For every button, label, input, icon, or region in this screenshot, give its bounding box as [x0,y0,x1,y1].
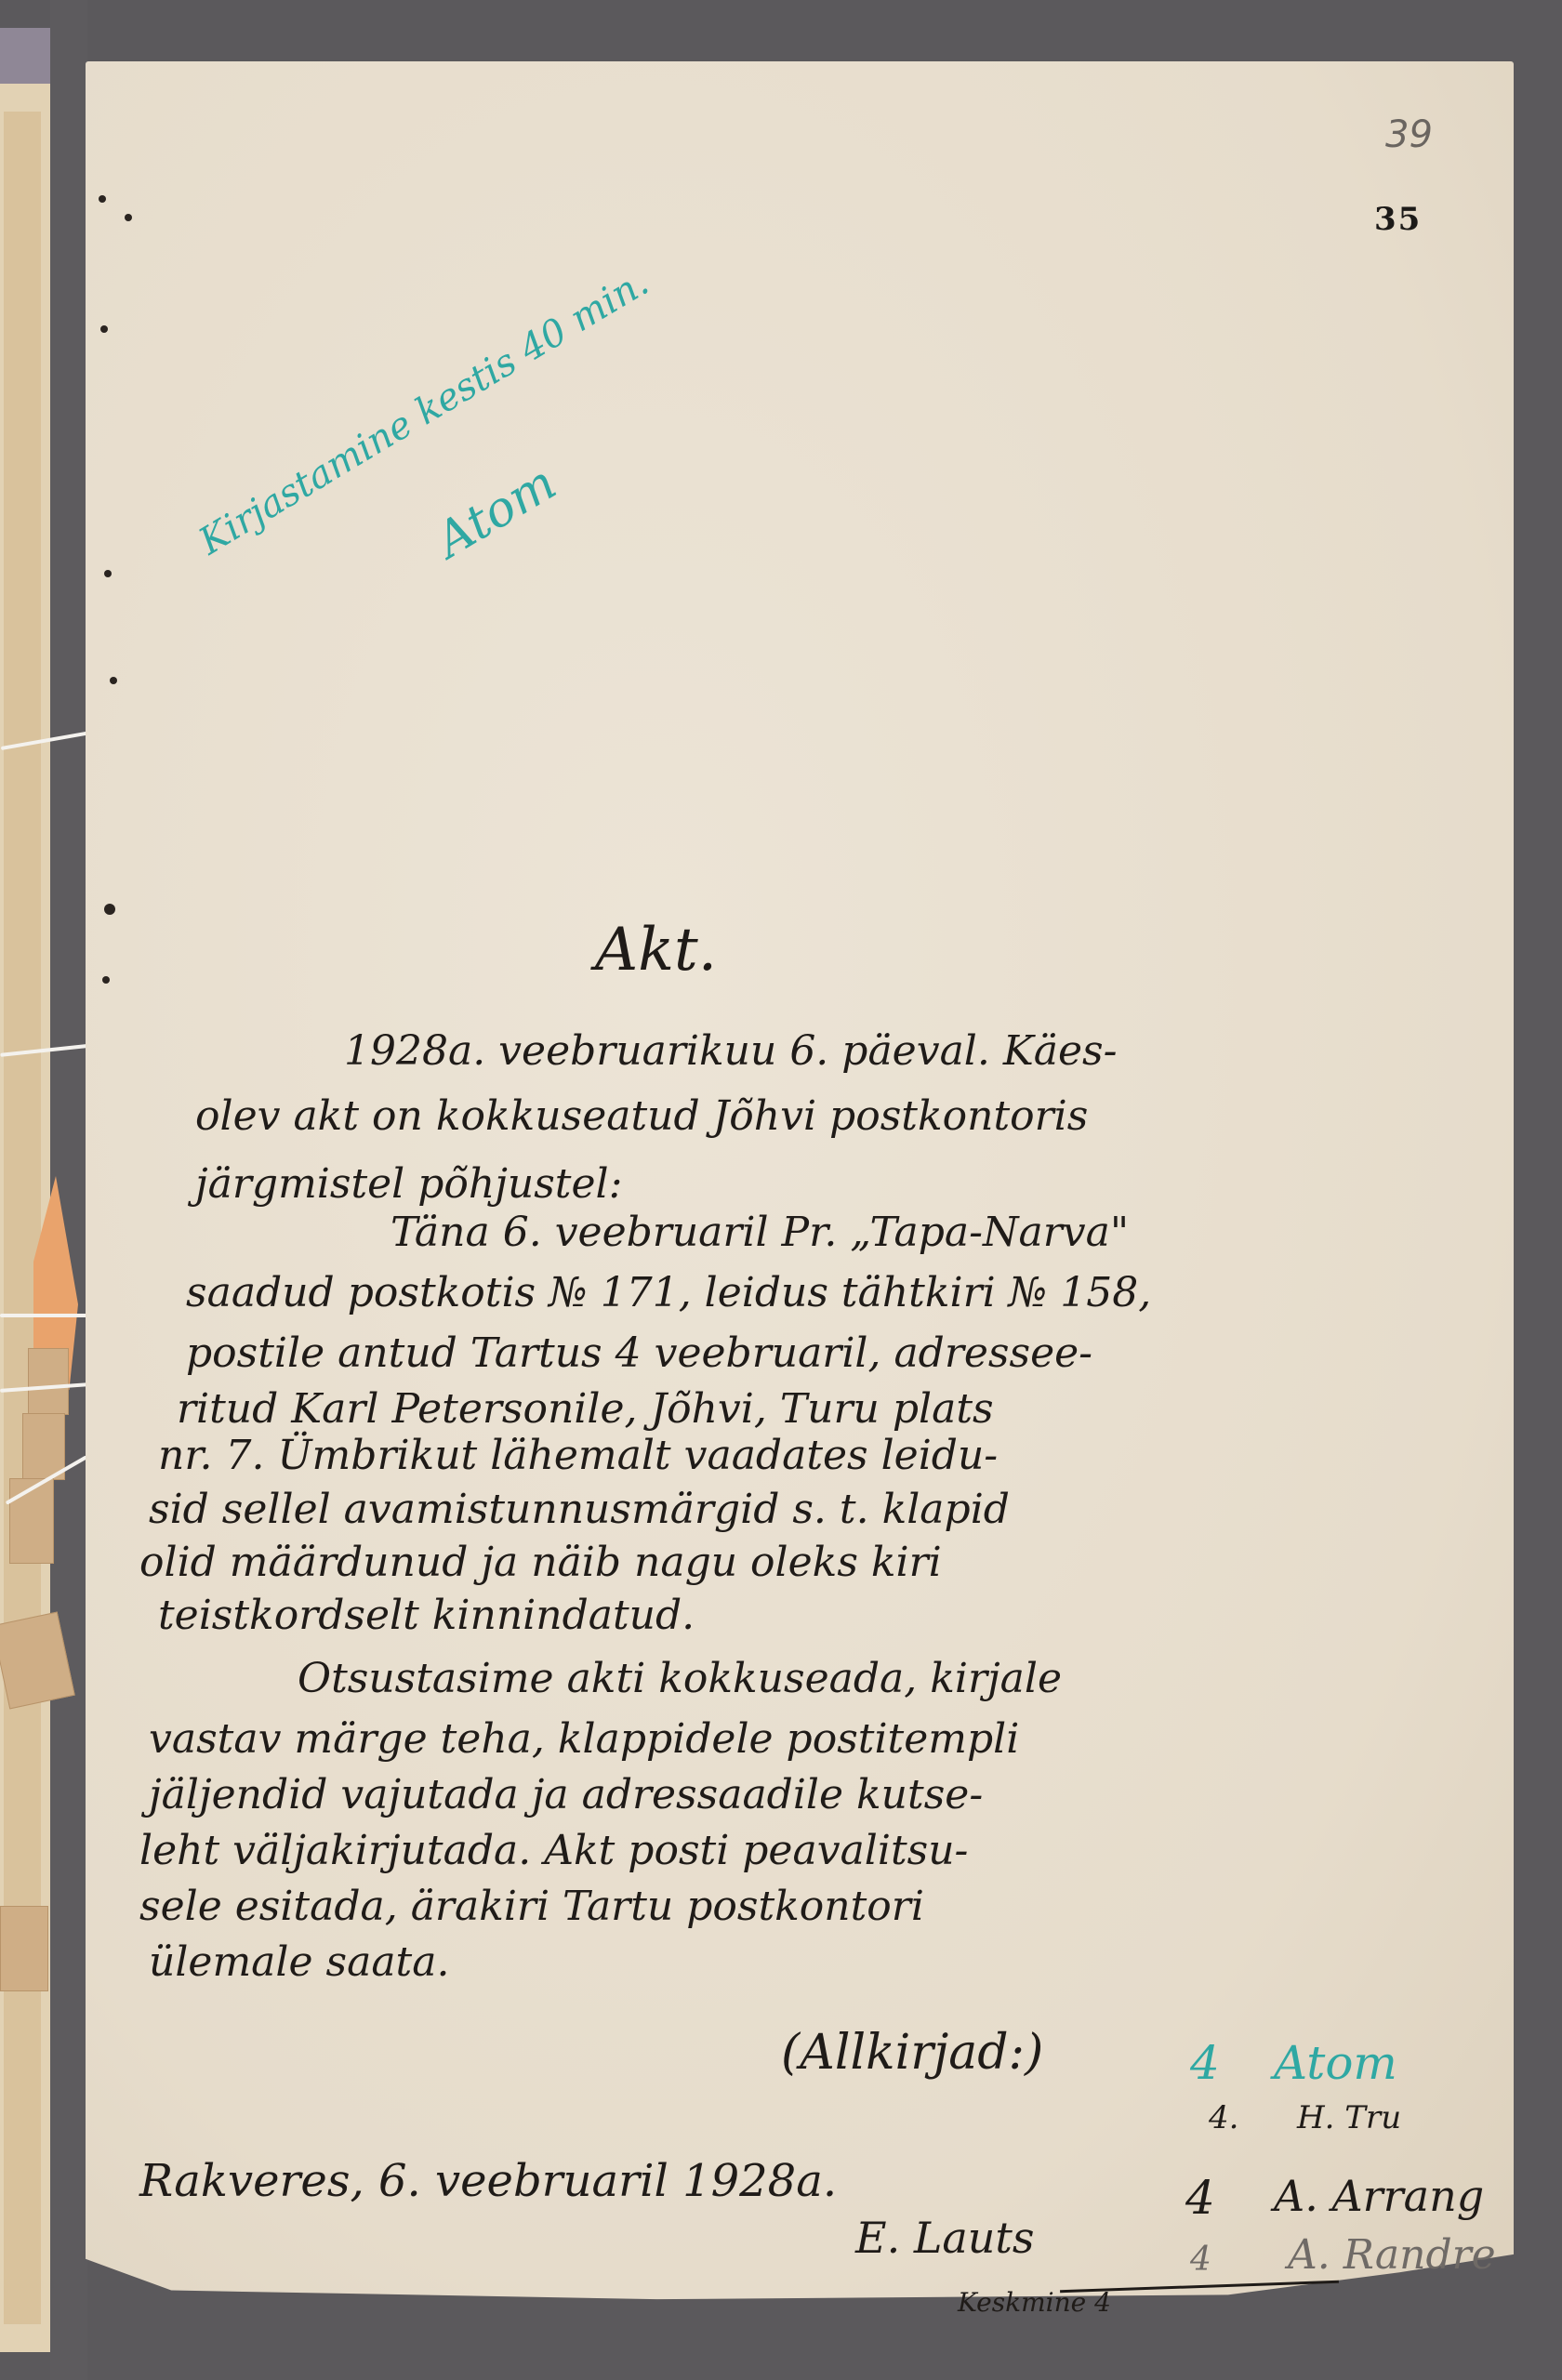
footer-note: Keskmine 4 [958,2287,1111,2318]
punch-hole [99,195,106,203]
paper-tab [28,1348,69,1415]
body-line: ülemale saata. [149,1938,449,1986]
body-line: nr. 7. Ümbrikut lähemalt vaadates leidu- [158,1432,998,1479]
paper-tab [0,1906,48,1991]
document-title: Akt. [595,916,717,985]
punch-hole [125,214,132,221]
signature-atom: Atom [1274,2036,1397,2090]
body-line: saadud postkotis № 171, leidus tähtkiri … [186,1269,1151,1316]
signature-tru: H. Tru [1297,2099,1401,2136]
punch-hole [100,325,108,333]
body-line: järgmistel põhjustel: [195,1160,622,1208]
punch-hole [102,976,110,984]
body-line: jäljendid vajutada ja adressaadile kutse… [149,1771,983,1818]
body-line: 1928a. veebruarikuu 6. päeval. Käes- [344,1027,1117,1075]
punch-hole [104,904,115,915]
body-line: sid sellel avamistunnusmärgid s. t. klap… [149,1486,1010,1533]
folio-number-pencil: 39 [1385,113,1433,156]
signature-number: 4 [1190,2241,1211,2279]
body-line: Otsustasime akti kokkuseada, kirjale [298,1655,1062,1702]
body-line: postile antud Tartus 4 veebruaril, adres… [186,1329,1092,1377]
punch-hole [104,570,112,577]
body-line: ritud Karl Petersonile, Jõhvi, Turu plat… [177,1385,994,1433]
signature-arrang: A. Arrang [1274,2171,1484,2221]
punch-hole [110,677,117,684]
bound-paper-stack [0,0,86,2380]
body-line: olid määrdunud ja näib nagu oleks kiri [139,1539,942,1586]
underlying-sheet [4,112,41,2324]
body-line: leht väljakirjutada. Akt posti peavalits… [139,1827,968,1874]
body-line: olev akt on kokkuseatud Jõhvi postkontor… [195,1092,1088,1140]
paper-tab [9,1478,54,1564]
body-line: vastav märge teha, klappidele postitempl… [149,1715,1019,1763]
folio-number-printed: 35 [1374,201,1422,238]
signature-number: 4 [1190,2036,1220,2090]
signature-number: 4 [1185,2171,1215,2225]
body-line: Täna 6. veebruaril Pr. „Tapa-Narva" [390,1209,1129,1256]
signatures-label: (Allkirjad:) [781,2025,1043,2081]
body-line: teistkordselt kinnindatud. [158,1592,695,1639]
body-line: sele esitada, ärakiri Tartu postkontori [139,1883,924,1930]
center-signature: E. Lauts [855,2213,1035,2263]
cover-fragment [0,28,50,84]
signature-number: 4. [1209,2099,1238,2136]
signature-randre: A. Randre [1288,2231,1496,2279]
place-date: Rakveres, 6. veebruaril 1928a. [139,2155,837,2207]
